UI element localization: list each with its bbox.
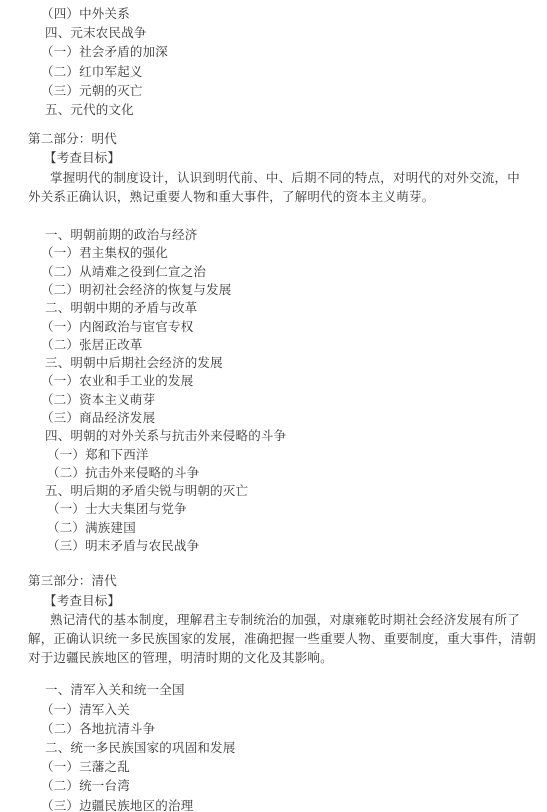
outline-item: （一）郑和下西洋 [28, 446, 529, 464]
outline-item: （二）统一台湾 [28, 777, 529, 796]
goal-paragraph-line: 解，正确认识统一多民族国家的发展，准确把握一些重要人物、重要制度，重大事件，清朝 [28, 630, 529, 649]
goal-label: 【考查目标】 [28, 592, 529, 611]
spacer [28, 668, 529, 681]
outline-item: 一、明朝前期的政治与经济 [28, 226, 529, 244]
outline-item: （一）社会矛盾的加深 [28, 43, 529, 62]
outline-item: （一）清军入关 [28, 701, 529, 720]
outline-item: （三）明末矛盾与农民战争 [28, 537, 529, 555]
outline-item: 四、元末农民战争 [28, 24, 529, 43]
section-title: 第二部分：明代 [28, 130, 529, 149]
spacer [28, 207, 529, 226]
goal-paragraph-line: 对于边疆民族地区的管理，明清时期的文化及其影响。 [28, 649, 529, 668]
section-ming: 第二部分：明代 【考查目标】 掌握明代的制度设计，认识到明代前、中、后期不同的特… [28, 130, 529, 555]
outline-item: （二）抗击外来侵略的斗争 [28, 464, 529, 482]
outline-item: 四、明朝的对外关系与抗击外来侵略的斗争 [28, 427, 529, 445]
outline-item: 三、明朝中后期社会经济的发展 [28, 354, 529, 372]
outline-item: （三）商品经济发展 [28, 409, 529, 427]
section-yuan: （四）中外关系 四、元末农民战争 （一）社会矛盾的加深 （二）红巾军起义 （三）… [28, 5, 529, 120]
outline-item: （二）红巾军起义 [28, 63, 529, 82]
document-page: （四）中外关系 四、元末农民战争 （一）社会矛盾的加深 （二）红巾军起义 （三）… [0, 0, 547, 812]
goal-label: 【考查目标】 [28, 149, 529, 168]
outline-item: 一、清军入关和统一全国 [28, 681, 529, 700]
outline-item: （二）各地抗清斗争 [28, 720, 529, 739]
outline-item: （一）内阁政治与宦官专权 [28, 318, 529, 336]
outline-item: （三）边疆民族地区的治理 [28, 797, 529, 812]
goal-paragraph-line: 掌握明代的制度设计，认识到明代前、中、后期不同的特点，对明代的对外交流，中 [28, 169, 529, 188]
outline-item: （一）农业和手工业的发展 [28, 372, 529, 390]
outline-item: （二）张居正改革 [28, 336, 529, 354]
outline-item: （一）君主集权的强化 [28, 244, 529, 262]
outline-item: （四）中外关系 [28, 5, 529, 24]
outline-item: （二）明初社会经济的恢复与发展 [28, 281, 529, 299]
outline-item: （一）三藩之乱 [28, 758, 529, 777]
outline-item: 二、统一多民族国家的巩固和发展 [28, 739, 529, 758]
section-title: 第三部分：清代 [28, 572, 529, 591]
outline-item: （三）元朝的灭亡 [28, 82, 529, 101]
goal-paragraph-line: 熟记清代的基本制度，理解君主专制统治的加强，对康雍乾时期社会经济发展有所了 [28, 611, 529, 630]
qing-outline: 一、清军入关和统一全国 （一）清军入关 （二）各地抗清斗争 二、统一多民族国家的… [28, 681, 529, 812]
ming-outline: 一、明朝前期的政治与经济 （一）君主集权的强化 （二）从靖难之役到仁宣之治 （二… [28, 226, 529, 555]
outline-item: （二）满族建国 [28, 519, 529, 537]
outline-item: （二）从靖难之役到仁宣之治 [28, 263, 529, 281]
outline-item: （二）资本主义萌芽 [28, 391, 529, 409]
section-qing: 第三部分：清代 【考查目标】 熟记清代的基本制度，理解君主专制统治的加强，对康雍… [28, 572, 529, 812]
outline-item: （一）士大夫集团与党争 [28, 500, 529, 518]
spacer [28, 120, 529, 130]
outline-item: 二、明朝中期的矛盾与改革 [28, 299, 529, 317]
goal-paragraph-line: 外关系正确认识，熟记重要人物和重大事件，了解明代的资本主义萌芽。 [28, 188, 529, 207]
outline-item: 五、明后期的矛盾尖锐与明朝的灭亡 [28, 482, 529, 500]
outline-item: 五、元代的文化 [28, 101, 529, 120]
spacer [28, 555, 529, 572]
